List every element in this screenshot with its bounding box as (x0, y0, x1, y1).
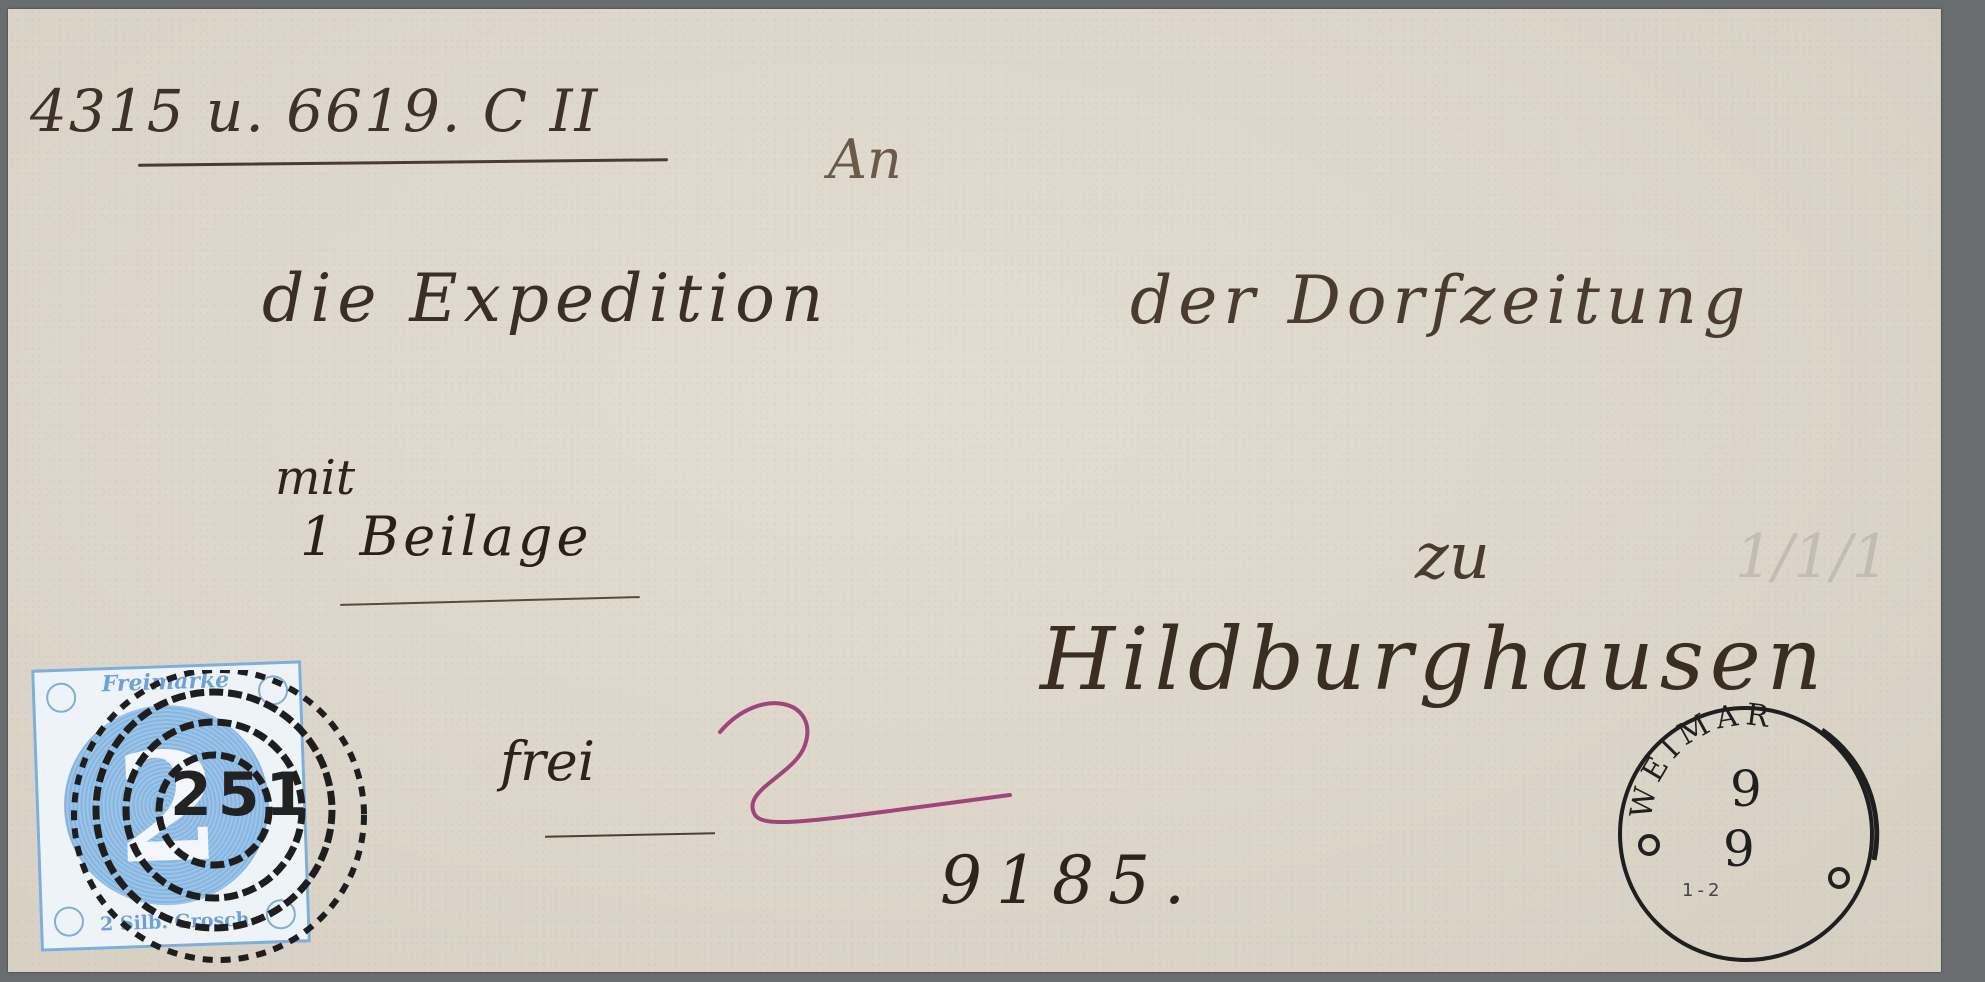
addressee-line1a: die Expedition (262, 260, 829, 337)
salutation: An (828, 128, 902, 191)
enclosure-line1: mit (275, 450, 355, 506)
registration-number: 9185. (940, 842, 1199, 919)
enclosure-line2: 1 Beilage (300, 505, 592, 568)
postmark-time: 1-2 (1682, 880, 1723, 901)
destination-city: Hildburghausen (1040, 610, 1828, 710)
reference-note: 4315 u. 6619. C II (30, 77, 599, 145)
destination-prefix: zu (1415, 520, 1490, 594)
pencil-marks: 1/1/1 (1735, 522, 1890, 592)
addressee-line1b: der Dorfzeitung (1130, 262, 1751, 339)
reference-underline (138, 158, 668, 167)
postage-note: frei (500, 730, 595, 793)
cancel-number: 251 (170, 760, 313, 830)
red-crayon-mark (700, 690, 1020, 830)
postmark-month: 9 (1723, 820, 1755, 878)
postmark-day: 9 (1730, 760, 1762, 818)
